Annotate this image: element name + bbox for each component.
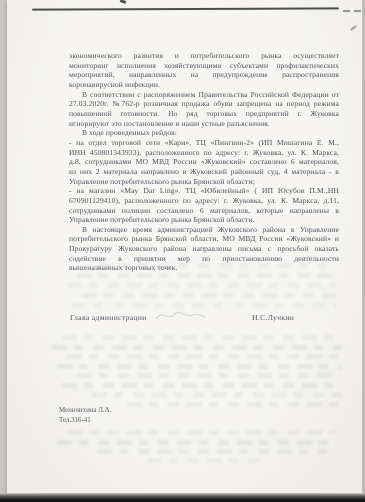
body-line: 27.03.2020г. №762-р розничная продажа об… <box>69 99 339 109</box>
bleedthrough-ghost-row <box>57 440 337 445</box>
bleedthrough-ghost-row <box>82 293 337 298</box>
body-line: Управление потребительского рынка Брянск… <box>69 177 339 187</box>
body-line: из них 2 материала направлено в Жуковски… <box>69 167 339 177</box>
bleedthrough-ghost-row <box>67 430 337 435</box>
body-line: экономического развития и потребительско… <box>69 51 339 61</box>
bleedthrough-ghost-row <box>127 402 342 407</box>
bleedthrough-ghost-row <box>62 335 342 340</box>
executor-phone: Тел.316-41 <box>59 416 111 426</box>
signatory-name: Н.С.Лучкин <box>252 313 294 322</box>
paper-page: экономического развития и потребительско… <box>7 0 362 495</box>
body-line: Управление потребительского рынка Брянск… <box>69 215 339 225</box>
pencil-mark <box>350 25 357 31</box>
letter-body: экономического развития и потребительско… <box>69 51 339 273</box>
scan-artifact-dash <box>343 10 361 12</box>
bleedthrough-ghost-row <box>77 373 337 378</box>
executor-name: Меничихина Л.А. <box>59 406 111 416</box>
bleedthrough-ghost-row <box>52 345 342 350</box>
bleedthrough-ghost-row <box>147 458 267 463</box>
body-line: Прокуратуру Жуковского района направлены… <box>69 244 339 254</box>
body-line: В соответствии с распоряжением Правитель… <box>69 90 339 100</box>
body-line: повышенной готовности. Но ряд торговых п… <box>69 109 339 119</box>
body-line: д.8, сотрудниками МО МВД России «Жуковск… <box>69 157 339 167</box>
body-line: вышеназванных торговых точек. <box>69 263 339 273</box>
signature-block: Глава администрации Н.С.Лучкин <box>7 313 365 325</box>
body-line: 670901129410), расположенного по адресу:… <box>69 196 339 206</box>
body-line: В ходе проведенных рейдов: <box>69 128 339 138</box>
bleedthrough-ghost-row <box>77 273 337 278</box>
bleedthrough-ghost-row <box>67 354 342 359</box>
body-line: содействие в принятии мер по приостановл… <box>69 254 339 264</box>
bleedthrough-ghost-row <box>57 364 342 369</box>
signatory-title: Глава администрации <box>70 313 147 322</box>
bleedthrough-ghost-row <box>62 383 342 388</box>
body-line: сотрудниками полиции составлено 6 матери… <box>69 206 339 216</box>
bleedthrough-ghost-row <box>97 449 327 454</box>
body-line: игнорируют это постановление и наши устн… <box>69 119 339 129</box>
body-line: ИНН 450801343933), расположенного по адр… <box>69 148 339 158</box>
body-line: - на отдел торговой сети «Кари», ТЦ «Пин… <box>69 138 339 148</box>
body-line: потребительского рынка Брянской области,… <box>69 234 339 244</box>
body-line: мероприятий, направленных на предупрежде… <box>69 70 339 80</box>
body-line: - на магазин «May Dar Ling». ТЦ «Юбилейн… <box>69 186 339 196</box>
bleedthrough-ghost-row <box>92 392 342 397</box>
scanner-edge-shadow <box>0 493 365 502</box>
scan-artifact-horizontal-line <box>32 7 339 10</box>
body-line: В настоящее время администрацией Жуковск… <box>69 225 339 235</box>
bleedthrough-ghost-row <box>67 283 337 288</box>
scanned-document: экономического развития и потребительско… <box>0 0 365 502</box>
body-line: мониторинг исполнения хозяйствующими суб… <box>69 61 339 71</box>
scan-artifact-speck <box>120 0 127 4</box>
executor-footer: Меничихина Л.А. Тел.316-41 <box>59 406 111 425</box>
body-line: коронавирусной инфекции. <box>69 80 339 90</box>
